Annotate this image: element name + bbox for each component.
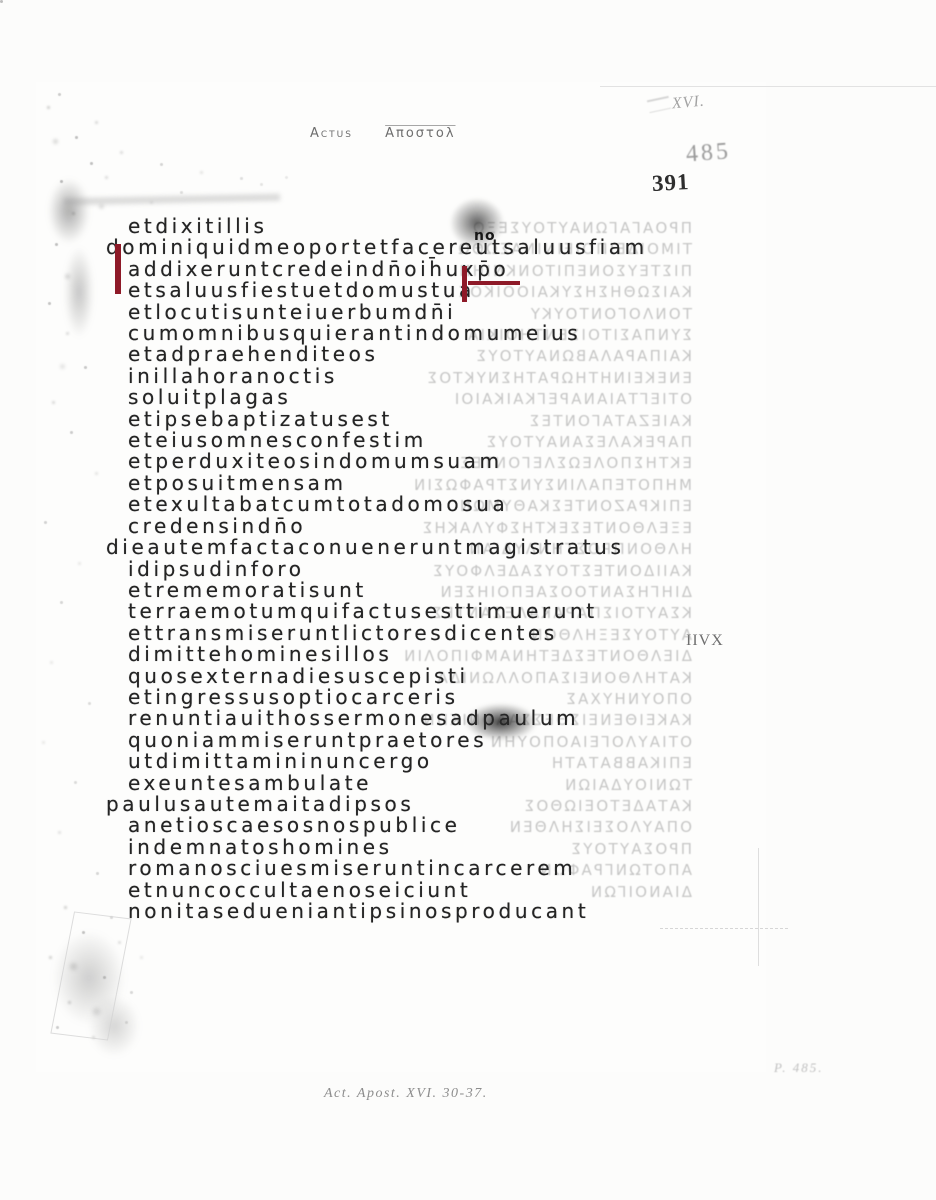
latin-line: etadpraehenditeos — [128, 344, 728, 365]
facsimile-scan-page: Actus Αποστολ XVI. 485 391 IIVX P. 485. … — [0, 0, 936, 1200]
latin-line: dieautemfactaconueneruntmagistratus — [106, 537, 728, 558]
page-number-pencil: 485 — [685, 138, 732, 168]
latin-line: idipsudinforo — [128, 559, 728, 580]
red-underline-xpo — [468, 281, 520, 285]
red-vertical-mark-inline — [462, 266, 467, 302]
latin-line: eteiusomnesconfestim — [128, 430, 728, 451]
latin-line: dominiquidmeoportetfacereutsaluusfiam — [106, 237, 728, 258]
latin-line: etposuitmensam — [128, 473, 728, 494]
latin-line: ettransmiseruntlictoresdicentes — [128, 623, 728, 644]
ink-blot-line24 — [466, 704, 536, 740]
leaf-edge-line-bottom — [660, 928, 788, 929]
latin-line: indemnatoshomines — [128, 837, 728, 858]
running-header: Actus Αποστολ — [310, 126, 456, 141]
latin-line: addixeruntcredeindn̄oih̄uxp̄o — [128, 259, 728, 280]
page-number-ink: 391 — [651, 169, 690, 197]
latin-line: etsaluusfiestuetdomustua — [128, 280, 728, 301]
running-header-greek: Αποστολ — [385, 126, 455, 141]
latin-line: dimittehominesillos — [128, 644, 728, 665]
latin-line: etexultabatcumtotadomosua — [128, 494, 728, 515]
latin-line: anetioscaesosnospublice — [128, 815, 728, 836]
latin-line: exeuntesambulate — [128, 773, 728, 794]
leaf-edge-line-right — [758, 848, 759, 966]
latin-line: etdixitillis — [128, 216, 728, 237]
latin-line: romanosciuesmiseruntincarcerem — [128, 858, 728, 879]
edge-blotch — [64, 246, 94, 338]
latin-line: quosexternadiesuscepisti — [128, 666, 728, 687]
latin-line: inillahoranoctis — [128, 366, 728, 387]
smudge-note-text: no — [474, 228, 496, 244]
torn-edge-speckles — [0, 0, 3, 3]
latin-line: renuntiauithossermonesadpaulum — [128, 708, 728, 729]
latin-line: etperduxiteosindomumsuam — [128, 451, 728, 472]
latin-line: etingressusoptiocarceris — [128, 687, 728, 708]
latin-line: etrememoratisunt — [128, 580, 728, 601]
chapter-number-pencil: XVI. — [671, 93, 705, 114]
plate-page-reference: P. 485. — [774, 1060, 824, 1076]
latin-line: credensindn̄o — [128, 516, 728, 537]
latin-line: soluitplagas — [128, 387, 728, 408]
latin-line: utdimittamininuncergo — [128, 751, 728, 772]
latin-line: cumomnibusquierantindomumeius — [128, 323, 728, 344]
latin-line: etipsebaptizatusest — [128, 409, 728, 430]
latin-line: paulusautemaitadipsos — [106, 794, 728, 815]
red-vertical-mark-left — [115, 244, 121, 294]
latin-line: quoniammiseruntpraetores — [128, 730, 728, 751]
latin-line: etnuncoccultaenoseiciunt — [128, 880, 728, 901]
plate-edge-line-top — [600, 86, 936, 87]
latin-line: terraemotumquifactusesttimuerunt — [128, 601, 728, 622]
latin-line: etlocutisunteiuerbumdn̄i — [128, 302, 728, 323]
latin-text-block: etdixitillisdominiquidmeoportetfacereuts… — [128, 216, 728, 922]
latin-line: nonitasedueniantipsinosproducant — [128, 901, 728, 922]
running-header-latin: Actus — [310, 126, 353, 141]
plate-caption: Act. Apost. XVI. 30-37. — [324, 1086, 488, 1102]
edge-blotch — [48, 178, 90, 244]
